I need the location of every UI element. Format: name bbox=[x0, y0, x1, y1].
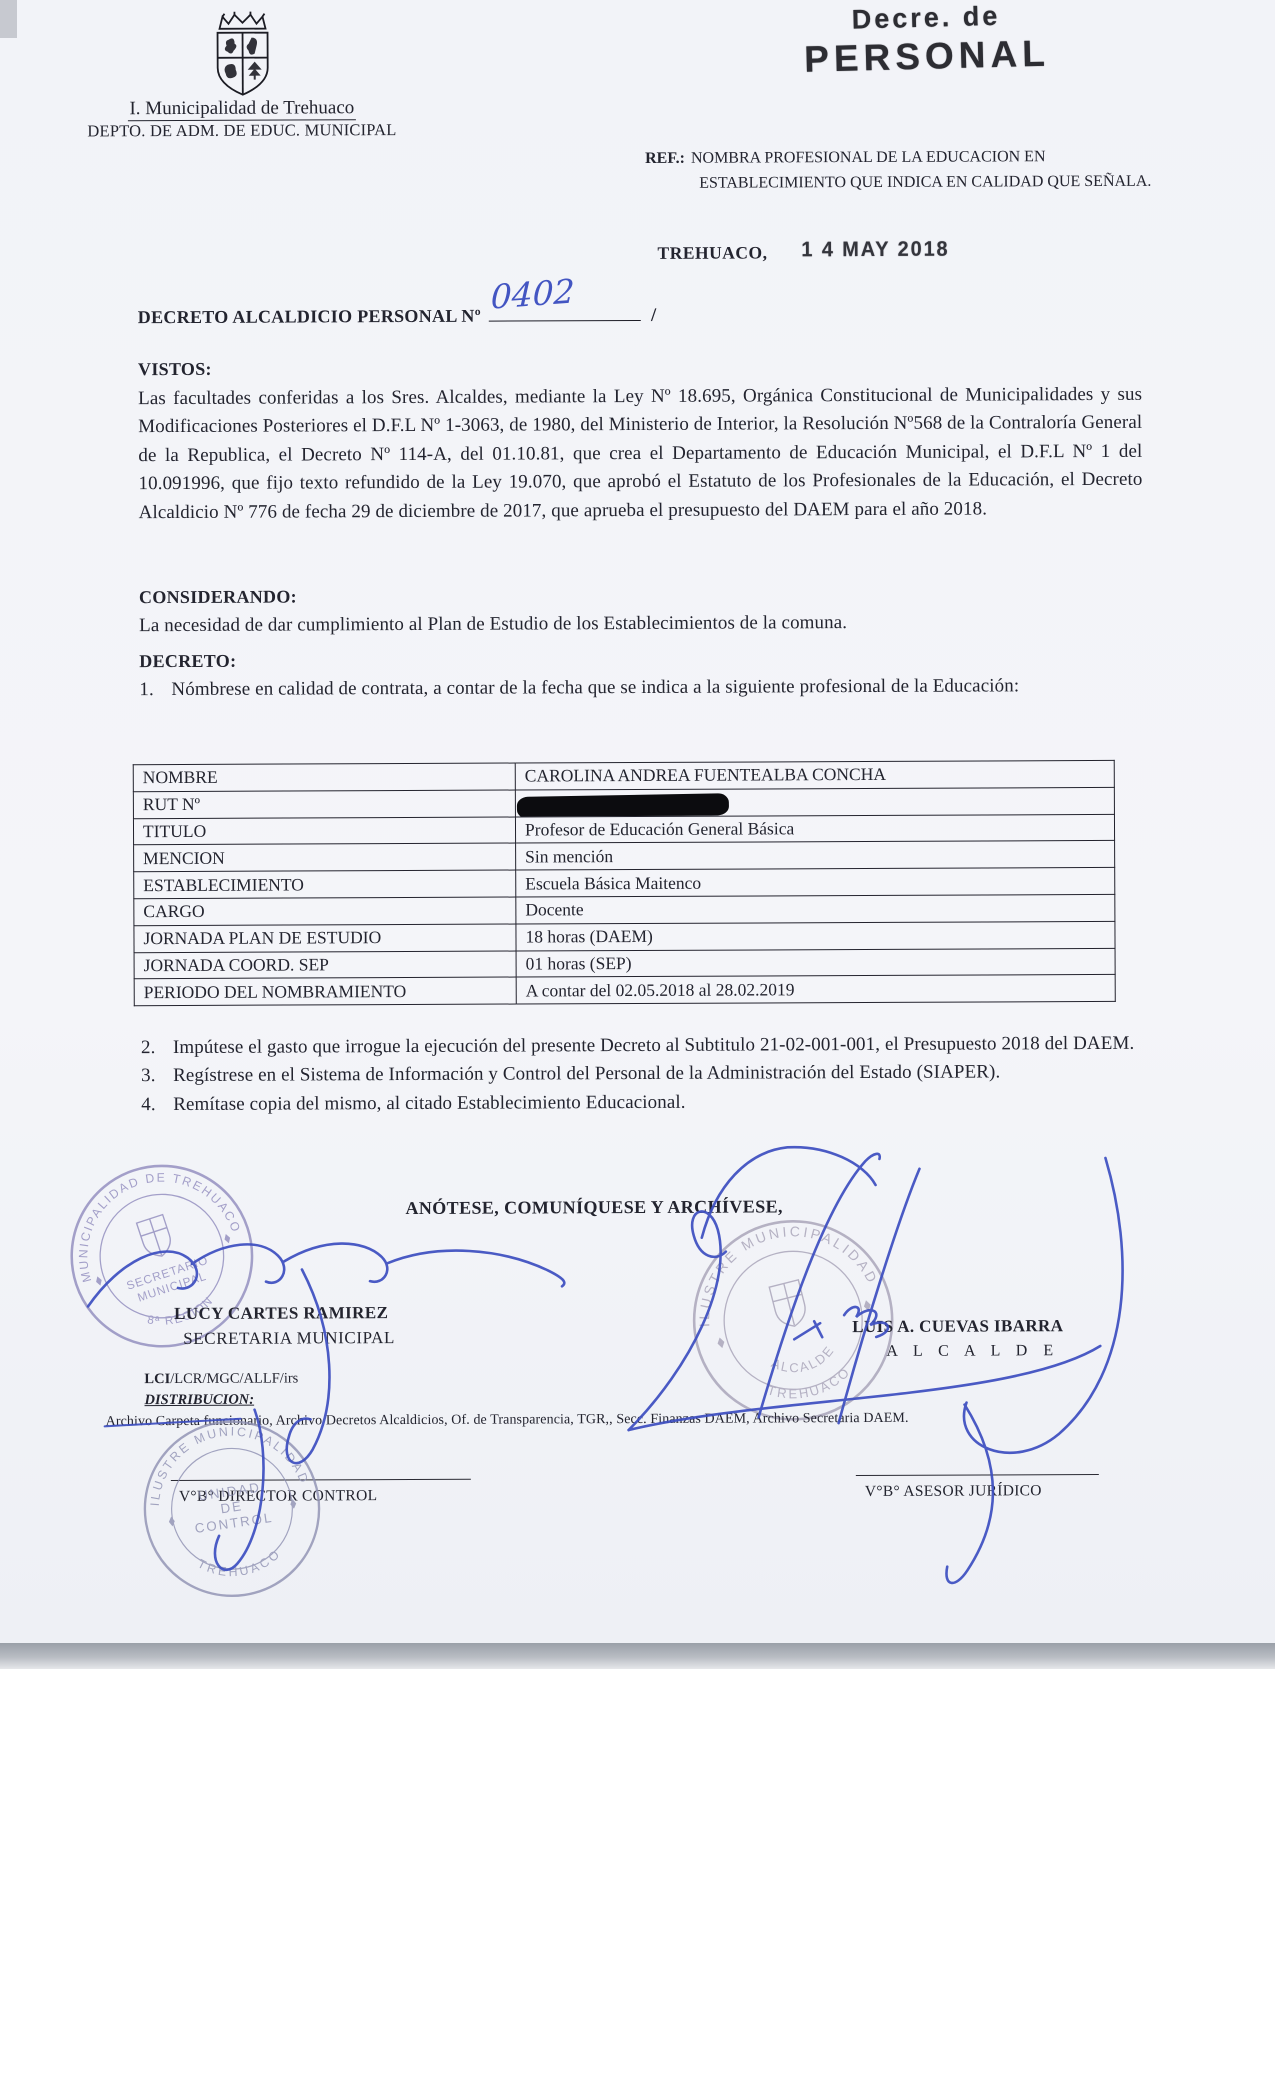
table-row: NOMBRE CAROLINA ANDREA FUENTEALBA CONCHA bbox=[133, 760, 1114, 791]
reference-block: REF.:NOMBRA PROFESIONAL DE LA EDUCACION … bbox=[645, 144, 1179, 196]
initials-bold: LCI bbox=[144, 1371, 170, 1387]
row-value: Sin mención bbox=[516, 841, 1115, 870]
vb-director-control: V°B° DIRECTOR CONTROL bbox=[179, 1487, 377, 1506]
row-value: 18 horas (DAEM) bbox=[516, 921, 1115, 950]
initials-rest: /LCR/MGC/ALLF/irs bbox=[170, 1370, 298, 1387]
decreto-item-2: 2. Impútese el gasto que irrogue la ejec… bbox=[141, 1030, 1145, 1063]
svg-text:MUNICIPALIDAD DE TREHUACO: MUNICIPALIDAD DE TREHUACO bbox=[54, 1148, 244, 1285]
row-label: MENCION bbox=[134, 843, 516, 871]
row-value-redacted: 16620733-9 bbox=[515, 787, 1114, 816]
row-label: JORNADA COORD. SEP bbox=[134, 951, 516, 979]
signature-mayor bbox=[963, 1158, 1123, 1453]
vistos-body: Las facultades conferidas a los Sres. Al… bbox=[138, 381, 1143, 527]
redaction-marker bbox=[517, 793, 729, 816]
table-row: PERIODO DEL NOMBRAMIENTO A contar del 02… bbox=[134, 975, 1115, 1006]
row-label: RUT Nº bbox=[133, 790, 515, 818]
vistos-heading: VISTOS: bbox=[138, 359, 212, 380]
svg-text:TREHUACO: TREHUACO bbox=[763, 1362, 858, 1410]
municipality-name: I. Municipalidad de Trehuaco bbox=[87, 97, 397, 120]
stamp-star bbox=[223, 1233, 232, 1244]
row-label: ESTABLECIMIENTO bbox=[134, 870, 516, 898]
table-row: JORNADA PLAN DE ESTUDIO 18 horas (DAEM) bbox=[134, 921, 1115, 952]
stamp-top-text: ILUSTRE MUNICIPALIDAD bbox=[677, 1203, 883, 1331]
table-row: ESTABLECIMIENTO Escuela Básica Maitenco bbox=[134, 868, 1115, 899]
decree-number-line: DECRETO ALCALDICIO PERSONAL Nº0402/ bbox=[138, 296, 657, 329]
table-row: MENCION Sin mención bbox=[134, 841, 1115, 872]
signature-mayor bbox=[794, 1321, 822, 1339]
control-unit-stamp: ILUSTRE MUNICIPALIDAD TREHUACO UNIDAD DE… bbox=[125, 1402, 338, 1615]
decree-number-handwritten: 0402 bbox=[490, 271, 575, 316]
decree-number-label: DECRETO ALCALDICIO PERSONAL Nº bbox=[138, 306, 481, 327]
stamp-inner-text: ALCALDE bbox=[766, 1340, 841, 1382]
svg-text:TREHUACO: TREHUACO bbox=[194, 1545, 287, 1585]
stamp-star bbox=[863, 1299, 872, 1311]
signature-mayor bbox=[628, 1211, 727, 1430]
vb-right-line bbox=[856, 1474, 1099, 1476]
row-value: 01 horas (SEP) bbox=[516, 948, 1115, 977]
redacted-rut: 16620733-9 bbox=[525, 792, 610, 813]
signature-secretary bbox=[388, 1250, 564, 1287]
item-text: Impútese el gasto que irrogue la ejecuci… bbox=[173, 1030, 1145, 1063]
item-number: 1. bbox=[139, 676, 171, 705]
document-content: I. Municipalidad de Trehuaco DEPTO. DE A… bbox=[0, 0, 1275, 1655]
stamp-top-text: MUNICIPALIDAD DE TREHUACO bbox=[54, 1148, 244, 1285]
table-row: RUT Nº 16620733-9 bbox=[133, 787, 1114, 818]
stamp-bottom-text: TREHUACO bbox=[763, 1362, 858, 1410]
item-number: 4. bbox=[141, 1091, 173, 1120]
decreto-item-4: 4. Remítase copia del mismo, al citado E… bbox=[141, 1087, 1145, 1120]
closing-formula: ANÓTESE, COMUNÍQUESE Y ARCHÍVESE, bbox=[322, 1196, 867, 1219]
stamp-center-text: SECRETARIO bbox=[125, 1254, 210, 1293]
scanned-decree-page: I. Municipalidad de Trehuaco DEPTO. DE A… bbox=[0, 0, 1275, 2100]
row-label: JORNADA PLAN DE ESTUDIO bbox=[134, 924, 516, 952]
vb-asesor-juridico: V°B° ASESOR JURÍDICO bbox=[865, 1482, 1042, 1501]
item-number: 3. bbox=[141, 1062, 173, 1091]
decreto-item-3: 3. Regístrese en el Sistema de Informaci… bbox=[141, 1058, 1145, 1091]
stamp-bottom-text: TREHUACO bbox=[194, 1545, 287, 1585]
svg-text:ILUSTRE MUNICIPALIDAD: ILUSTRE MUNICIPALIDAD bbox=[677, 1203, 883, 1331]
row-value: Escuela Básica Maitenco bbox=[516, 868, 1115, 897]
ref-text: NOMBRA PROFESIONAL DE LA EDUCACION EN ES… bbox=[691, 148, 1151, 192]
item-text: Regístrese en el Sistema de Información … bbox=[173, 1058, 1145, 1091]
row-label: PERIODO DEL NOMBRAMIENTO bbox=[134, 977, 516, 1005]
dateline-city: TREHUACO, bbox=[657, 242, 767, 263]
secretary-name: LUCY CARTES RAMIREZ bbox=[174, 1303, 388, 1324]
row-value: Docente bbox=[516, 894, 1115, 923]
signature-mayor bbox=[701, 1147, 875, 1238]
mayor-title: A L C A L D E bbox=[886, 1342, 1059, 1361]
municipality-department: DEPTO. DE ADM. DE EDUC. MUNICIPAL bbox=[67, 120, 417, 142]
personnel-decree-stamp: Decre. de PERSONAL bbox=[766, 0, 1088, 82]
secretary-title: SECRETARIA MUNICIPAL bbox=[183, 1328, 395, 1349]
decreto-items-2-4: 2. Impútese el gasto que irrogue la ejec… bbox=[141, 1030, 1145, 1120]
item-text: Remítase copia del mismo, al citado Esta… bbox=[173, 1087, 1145, 1120]
table-row: CARGO Docente bbox=[134, 894, 1115, 925]
stamp-star bbox=[95, 1275, 104, 1286]
row-value: CAROLINA ANDREA FUENTEALBA CONCHA bbox=[515, 760, 1114, 789]
decree-number-underline: 0402 bbox=[489, 296, 641, 322]
considerando-body: La necesidad de dar cumplimiento al Plan… bbox=[139, 608, 1143, 641]
signature-secretary bbox=[88, 1251, 197, 1306]
distribution-label: DISTRIBUCION: bbox=[144, 1392, 254, 1409]
stamp-star bbox=[168, 1516, 175, 1527]
distribution-text: Archivo Carpeta funcionario, Archivo Dec… bbox=[106, 1410, 1186, 1431]
considerando-heading: CONSIDERANDO: bbox=[139, 586, 297, 608]
signature-secretary bbox=[286, 1269, 330, 1463]
signature-secretary bbox=[284, 1243, 388, 1282]
stamp-star bbox=[716, 1337, 725, 1349]
appointment-table: NOMBRE CAROLINA ANDREA FUENTEALBA CONCHA… bbox=[133, 760, 1116, 1006]
vb-left-line bbox=[171, 1479, 471, 1481]
ref-label: REF.: bbox=[645, 150, 691, 167]
row-label: CARGO bbox=[134, 897, 516, 925]
svg-text:ALCALDE: ALCALDE bbox=[766, 1340, 841, 1382]
decreto-heading: DECRETO: bbox=[139, 651, 236, 672]
decreto-item-1: 1. Nómbrese en calidad de contrata, a co… bbox=[139, 672, 1141, 705]
stamp-center-text: CONTROL bbox=[194, 1510, 274, 1536]
signature-secretary bbox=[192, 1244, 284, 1283]
item-number: 2. bbox=[141, 1034, 173, 1063]
row-label: TITULO bbox=[133, 817, 515, 845]
row-value: A contar del 02.05.2018 al 28.02.2019 bbox=[516, 975, 1115, 1004]
row-value: Profesor de Educación General Básica bbox=[515, 814, 1114, 843]
mayor-name: LUIS A. CUEVAS IBARRA bbox=[852, 1316, 1063, 1337]
decree-number-suffix: / bbox=[651, 305, 656, 326]
table-row: TITULO Profesor de Educación General Bás… bbox=[133, 814, 1114, 845]
signature-mayor bbox=[757, 1154, 880, 1418]
municipal-crest-logo bbox=[201, 8, 283, 102]
table-row: JORNADA COORD. SEP 01 horas (SEP) bbox=[134, 948, 1115, 979]
stamp-line-2: PERSONAL bbox=[767, 32, 1088, 82]
scan-bottom-shadow bbox=[0, 1643, 1275, 1669]
item-text: Nómbrese en calidad de contrata, a conta… bbox=[171, 672, 1141, 705]
responsibility-initials: LCI/LCR/MGC/ALLF/irs bbox=[144, 1370, 298, 1388]
date-stamp: 1 4 MAY 2018 bbox=[801, 238, 949, 263]
stamp-center-text: MUNICIPAL bbox=[136, 1270, 208, 1305]
row-label: NOMBRE bbox=[133, 763, 515, 791]
